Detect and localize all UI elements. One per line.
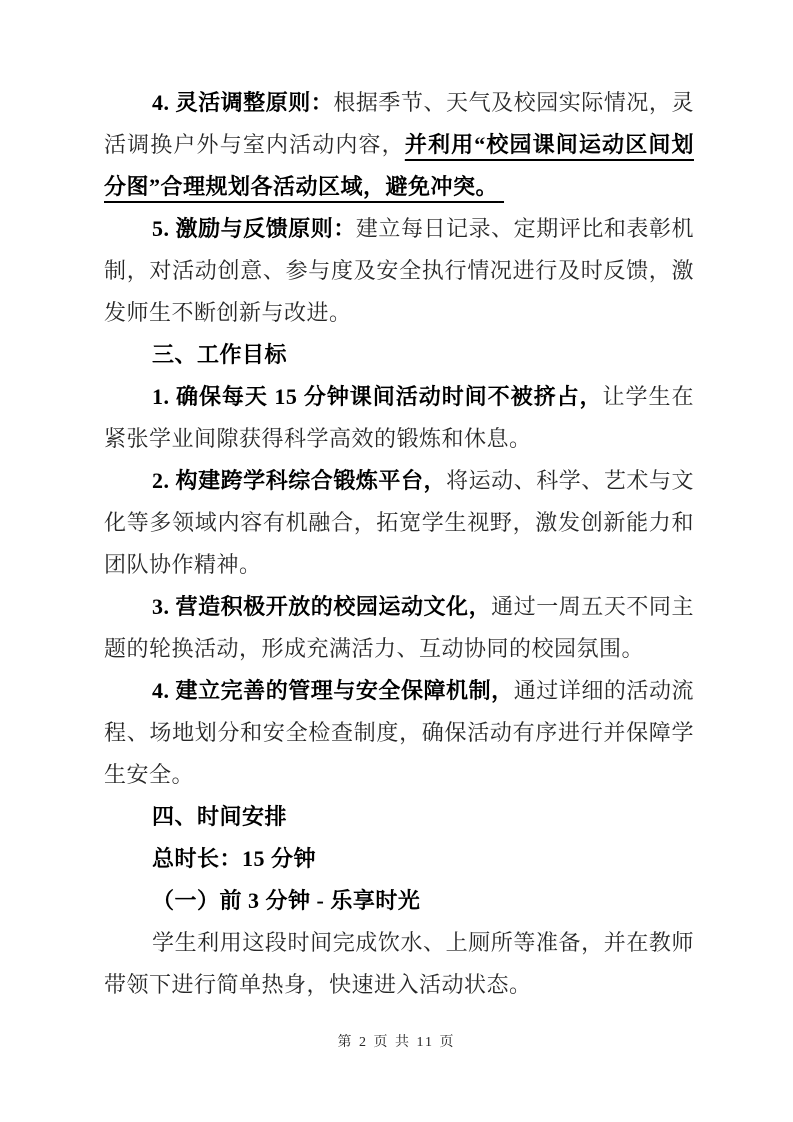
paragraph: 3. 营造积极开放的校园运动文化，通过一周五天不同主题的轮换活动，形成充满活力、… [104, 586, 694, 670]
text-segment: 1. 确保每天 15 分钟课间活动时间不被挤占， [152, 384, 603, 409]
page-number-text: 第 2 页 共 11 页 [338, 1035, 456, 1050]
heading: 三、工作目标 [104, 334, 694, 376]
paragraph: 学生利用这段时间完成饮水、上厕所等准备，并在教师带领下进行简单热身，快速进入活动… [104, 922, 694, 1006]
paragraph: 2. 构建跨学科综合锻炼平台，将运动、科学、艺术与文化等多领域内容有机融合，拓宽… [104, 460, 694, 586]
text-segment: 三、工作目标 [152, 342, 287, 367]
page-footer: 第 2 页 共 11 页 [0, 1033, 793, 1053]
paragraph: 4. 建立完善的管理与安全保障机制，通过详细的活动流程、场地划分和安全检查制度，… [104, 670, 694, 796]
text-segment: 4. 建立完善的管理与安全保障机制， [152, 678, 514, 703]
text-segment: 5. 激励与反馈原则： [152, 216, 356, 241]
text-segment: 四、时间安排 [152, 804, 287, 829]
document-body: 4. 灵活调整原则：根据季节、天气及校园实际情况，灵活调换户外与室内活动内容，并… [104, 82, 694, 1006]
paragraph: 1. 确保每天 15 分钟课间活动时间不被挤占，让学生在紧张学业间隙获得科学高效… [104, 376, 694, 460]
paragraph: 4. 灵活调整原则：根据季节、天气及校园实际情况，灵活调换户外与室内活动内容，并… [104, 82, 694, 208]
text-segment: （一）前 3 分钟 - 乐享时光 [152, 888, 420, 913]
document-page: 4. 灵活调整原则：根据季节、天气及校园实际情况，灵活调换户外与室内活动内容，并… [0, 0, 793, 1122]
text-segment: 2. 构建跨学科综合锻炼平台， [152, 468, 446, 493]
text-segment: 4. 灵活调整原则： [152, 90, 333, 115]
heading: （一）前 3 分钟 - 乐享时光 [104, 880, 694, 922]
heading: 总时长：15 分钟 [104, 838, 694, 880]
text-segment: 总时长：15 分钟 [152, 846, 316, 871]
paragraph: 5. 激励与反馈原则：建立每日记录、定期评比和表彰机制，对活动创意、参与度及安全… [104, 208, 694, 334]
text-segment: 学生利用这段时间完成饮水、上厕所等准备，并在教师带领下进行简单热身，快速进入活动… [104, 930, 694, 997]
heading: 四、时间安排 [104, 796, 694, 838]
text-segment: 3. 营造积极开放的校园运动文化， [152, 594, 491, 619]
